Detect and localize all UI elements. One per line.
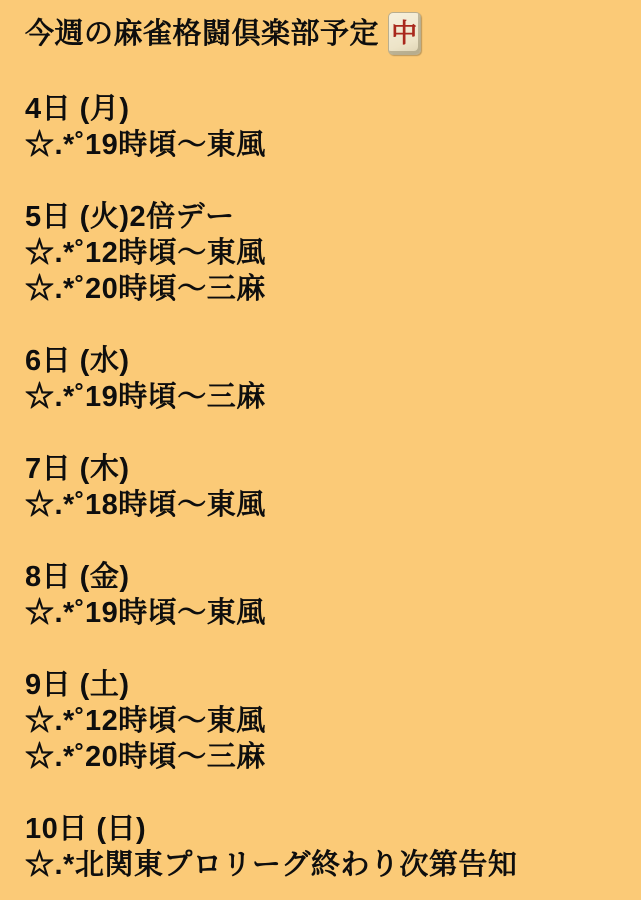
schedule-event: ☆.*˚19時頃〜東風 — [25, 595, 631, 631]
schedule-day-heading: 7日 (木) — [25, 451, 631, 487]
schedule-day-heading: 4日 (月) — [25, 91, 631, 127]
schedule-day-heading: 10日 (日) — [25, 811, 631, 847]
schedule-day-heading: 6日 (水) — [25, 343, 631, 379]
schedule-event: ☆.*˚18時頃〜東風 — [25, 487, 631, 523]
schedule-event: ☆.*˚19時頃〜東風 — [25, 127, 631, 163]
blank-line — [25, 307, 631, 343]
schedule-event: ☆.*˚20時頃〜三麻 — [25, 271, 631, 307]
blank-line — [25, 415, 631, 451]
schedule-day-heading: 5日 (火)2倍デー — [25, 199, 631, 235]
blank-line — [25, 55, 631, 91]
schedule-day-heading: 9日 (土) — [25, 667, 631, 703]
schedule-event: ☆.*˚20時頃〜三麻 — [25, 739, 631, 775]
mahjong-red-dragon-tile-icon: 中 — [388, 12, 421, 55]
schedule-event: ☆.*˚12時頃〜東風 — [25, 703, 631, 739]
blank-line — [25, 163, 631, 199]
schedule-event: ☆.*˚12時頃〜東風 — [25, 235, 631, 271]
schedule-event: ☆.*˚19時頃〜三麻 — [25, 379, 631, 415]
schedule-image: 今週の麻雀格闘倶楽部予定 中 4日 (月) ☆.*˚19時頃〜東風 5日 (火)… — [0, 0, 641, 900]
page-title-text: 今週の麻雀格闘倶楽部予定 — [25, 16, 379, 52]
schedule-day-heading: 8日 (金) — [25, 559, 631, 595]
page-title: 今週の麻雀格闘倶楽部予定 中 — [25, 12, 631, 55]
schedule-event: ☆.*北関東プロリーグ終わり次第告知 — [25, 847, 631, 883]
blank-line — [25, 775, 631, 811]
blank-line — [25, 523, 631, 559]
blank-line — [25, 631, 631, 667]
